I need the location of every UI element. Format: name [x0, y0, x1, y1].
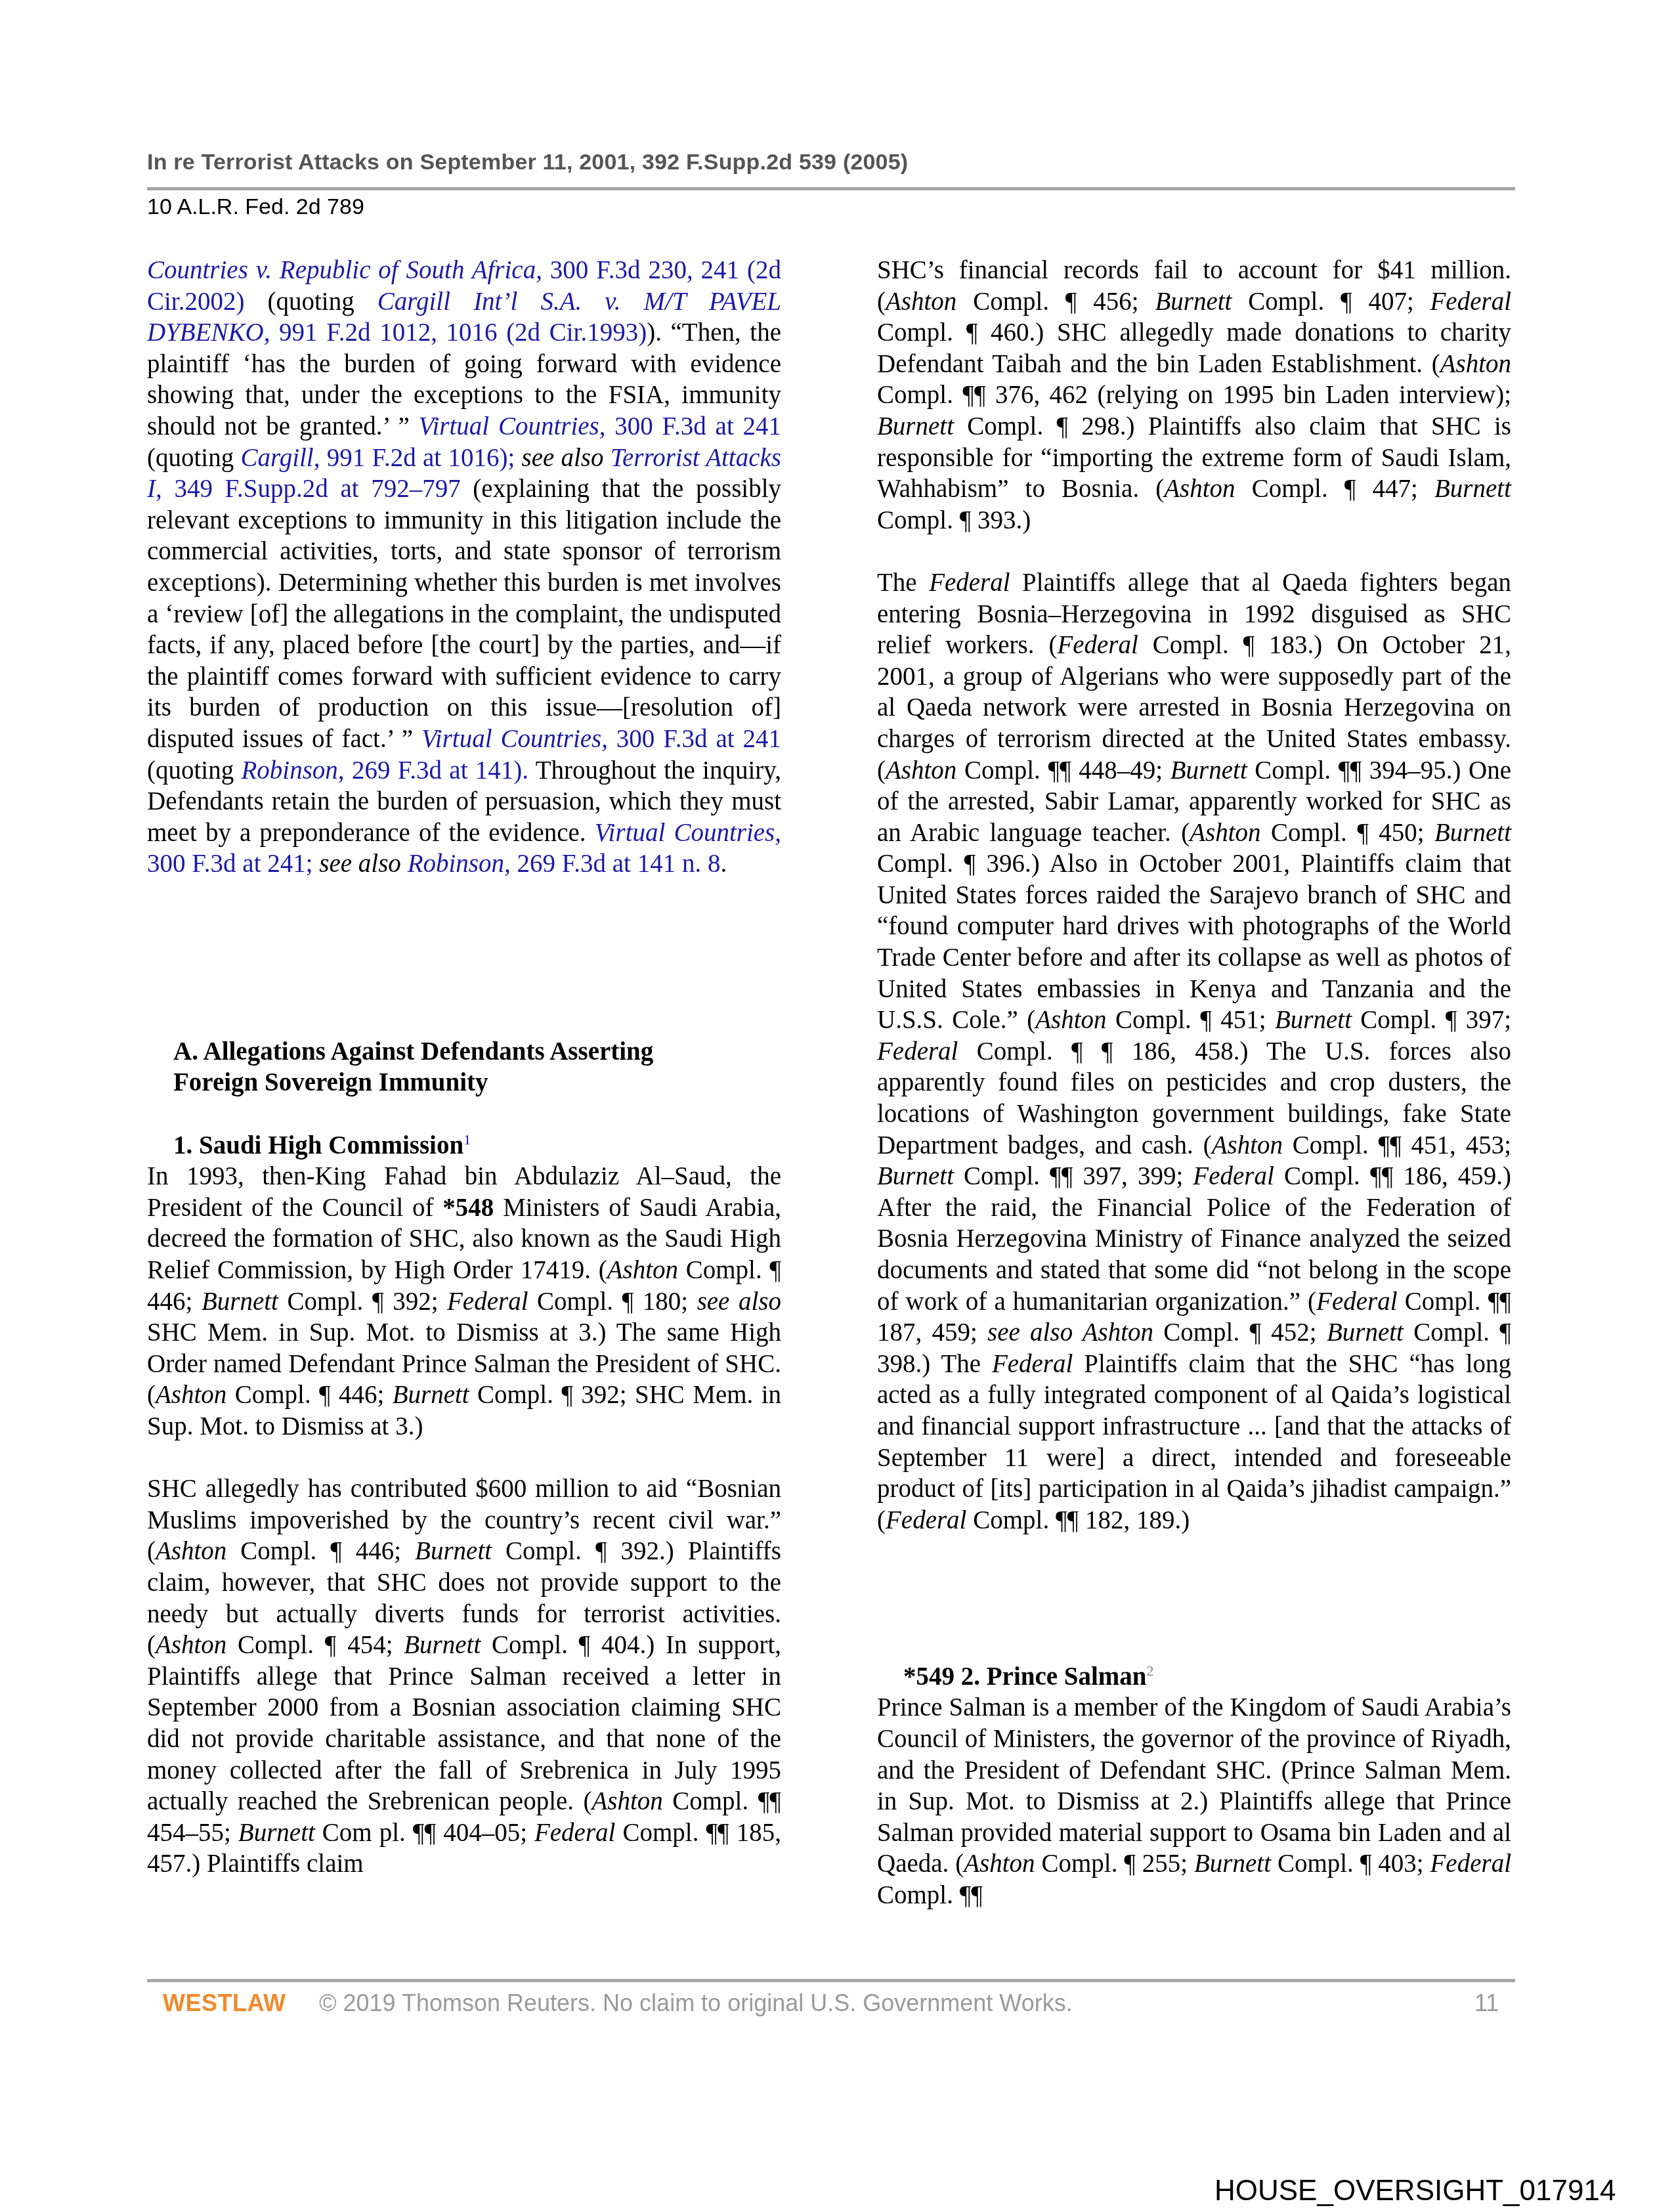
paragraph-shc-financial-records: SHC’s financial records fail to account …	[877, 255, 1511, 536]
paragraph-burden-of-proof: Countries v. Republic of South Africa, 3…	[147, 255, 781, 880]
citation-link[interactable]: Virtual Countries, 300 F.3d at 241	[419, 412, 781, 441]
citation-link[interactable]: Cargill, 991 F.2d at 1016);	[240, 444, 515, 472]
paragraph-prince-salman: Prince Salman is a member of the Kingdom…	[877, 1692, 1511, 1911]
copyright-notice: © 2019 Thomson Reuters. No claim to orig…	[319, 1989, 1073, 2017]
page-marker: *548	[442, 1194, 494, 1222]
header-divider	[147, 187, 1515, 190]
left-column: Countries v. Republic of South Africa, 3…	[147, 255, 781, 1880]
paragraph-shc-formation: In 1993, then-King Fahad bin Abdulaziz A…	[147, 1161, 781, 1442]
section-heading-prince-salman: *549 2. Prince Salman2	[877, 1661, 1511, 1693]
page-number: 11	[1474, 1989, 1499, 2017]
citation-link[interactable]: Robinson, 269 F.3d at 141).	[241, 756, 528, 785]
right-column: SHC’s financial records fail to account …	[877, 255, 1511, 1911]
document-page: In re Terrorist Attacks on September 11,…	[0, 0, 1674, 2212]
section-heading-saudi-high-commission: 1. Saudi High Commission1	[147, 1130, 781, 1161]
footnote-link-2[interactable]: 2	[1146, 1662, 1153, 1679]
section-heading-a: A. Allegations Against Defendants Assert…	[147, 1036, 781, 1098]
westlaw-logo: WESTLAW	[163, 1989, 286, 2017]
paragraph-shc-contributions: SHC allegedly has contributed $600 milli…	[147, 1473, 781, 1880]
page-marker: *549	[903, 1662, 955, 1691]
citation-link[interactable]: Virtual Countries, 300 F.3d at 241	[421, 725, 781, 753]
paragraph-al-qaeda-bosnia: The Federal Plaintiffs allege that al Qa…	[877, 567, 1511, 1536]
citation-link[interactable]: Robinson, 269 F.3d at 141 n. 8	[408, 850, 721, 878]
bates-number: HOUSE_OVERSIGHT_017914	[1214, 2175, 1616, 2207]
footnote-link-1[interactable]: 1	[463, 1131, 471, 1148]
footer-divider	[147, 1979, 1515, 1982]
document-title: In re Terrorist Attacks on September 11,…	[147, 150, 908, 175]
document-citation: 10 A.L.R. Fed. 2d 789	[147, 194, 364, 220]
